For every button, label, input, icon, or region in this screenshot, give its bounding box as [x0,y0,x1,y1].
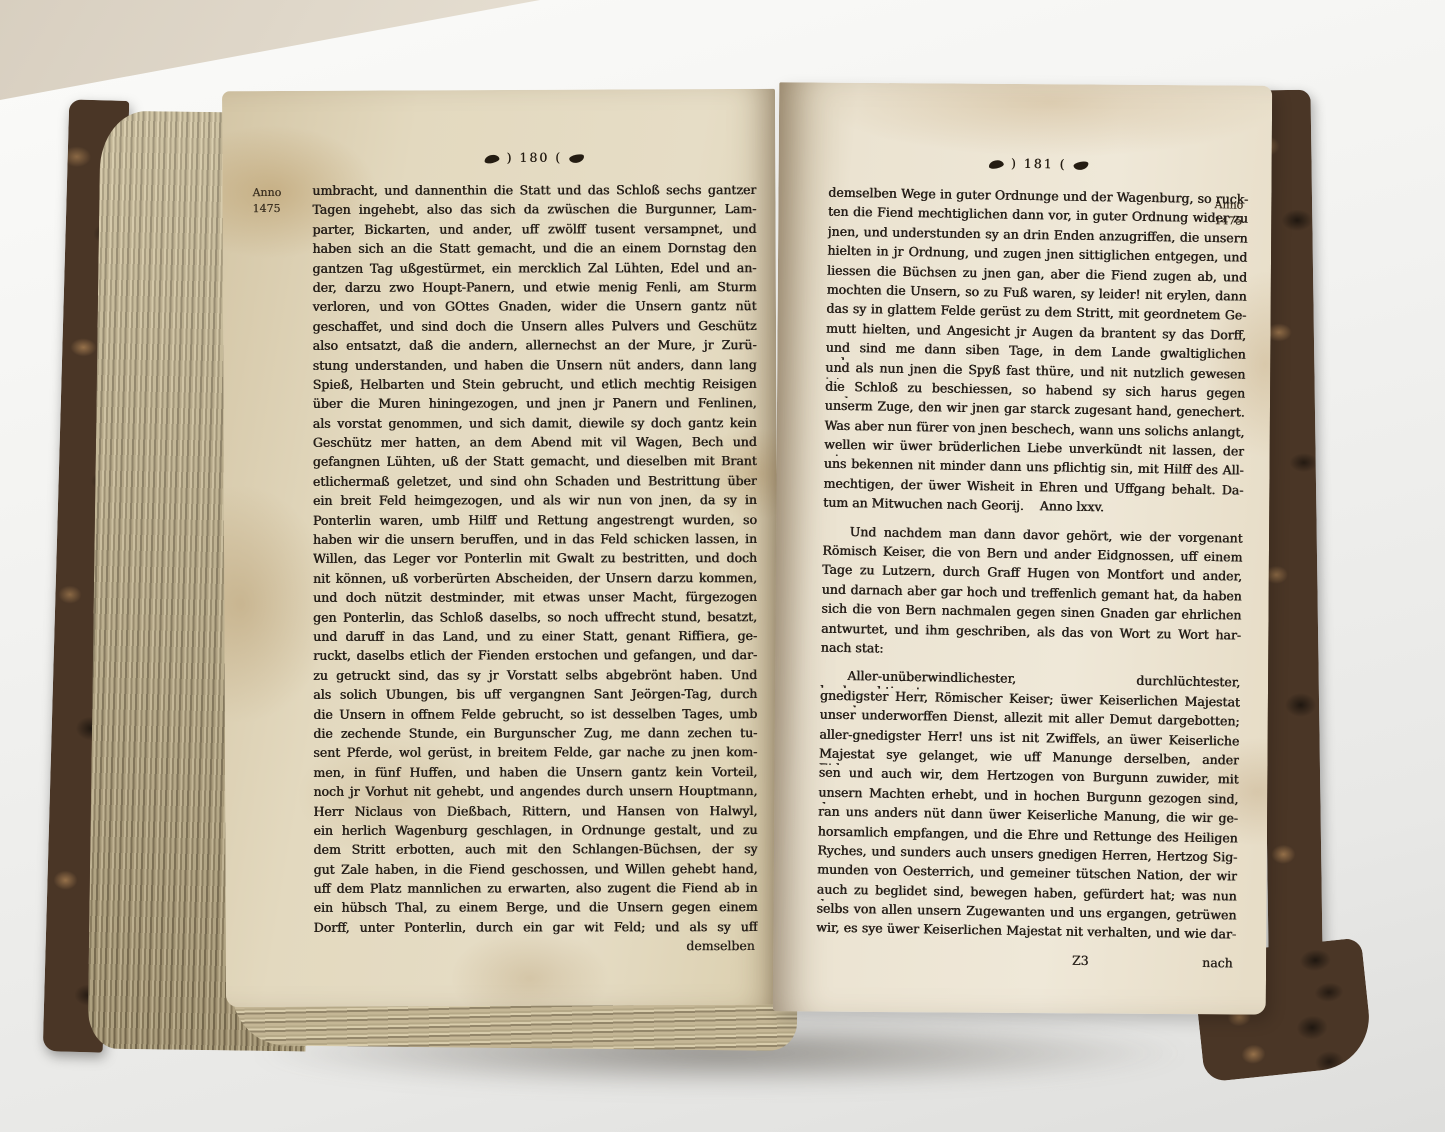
right-page-catchword: nach [1202,955,1233,971]
left-page: ) 180 ( Anno 1475 umbracht, und dannenth… [222,89,779,1007]
text-line: die zechende Stunde, ein Burgunscher Zug… [313,725,757,745]
right-page: ) 181 ( Anno 1475 demselben Wege in gute… [773,82,1272,1014]
left-page-header: ) 180 ( [312,149,756,166]
left-page-catchword: demselben [314,938,758,958]
text-line: parter, Bickarten, und ander, uff zwölff… [312,221,756,241]
text-line: Herr Niclaus von Dießbach, Rittern, und … [313,803,757,823]
text-line: uff dem Platz mannlichen zu erwarten, al… [314,880,758,900]
text-line: ruckt, daselbs etlich der Fienden erstoc… [313,647,757,667]
text-line: stung understanden, und haben die Unsern… [313,357,757,377]
text-line: die Unsern in offnem Felde gebrucht, so … [313,706,757,726]
text-line: gen Ponterlin, das Schloß daselbs, so no… [313,609,757,629]
right-page-text-block: demselben Wege in guter Ordnunge und der… [816,185,1249,976]
paragraph: demselben Wege in guter Ordnunge und der… [823,185,1248,522]
margin-note-word: Anno [252,185,281,201]
right-page-footer: Z3 nach [816,948,1236,975]
margin-note-year: 1475 [252,201,281,217]
left-page-text-block: umbracht, und dannenthin die Statt und d… [312,182,757,958]
text-line: Spieß, Helbarten und Stein gebrucht, und… [313,376,757,396]
fleuron-icon [988,159,1004,170]
text-line: und doch nützit destminder, mit etwas un… [313,589,757,609]
text-line: also entsatzt, daß die andern, allernech… [313,337,757,357]
text-line: Tagen ingehebt, also das sich da zwüsche… [312,201,756,221]
text-line: gefangnen Lühten, uß der Statt gemacht, … [313,454,757,474]
right-page-number: ) 181 ( [1011,156,1067,172]
fleuron-icon [568,153,584,164]
text-line: umbracht, und dannenthin die Statt und d… [312,182,756,202]
text-line: gut Zale haben, in die Fiend geschossen,… [314,861,758,881]
text-line: der, darzu zwo Houpt-Panern, und etwie m… [313,279,757,299]
text-line: Dorff, unter Ponterlin, durch ein gar wi… [314,919,758,939]
text-line: etlichermaß geletzet, und sind ohn Schad… [313,473,757,493]
signature-mark: Z3 [1072,953,1089,968]
left-page-number: ) 180 ( [506,150,562,165]
text-line: zu getruckt sind, das sy jr Vorstatt sel… [313,667,757,687]
text-line: gantzen Tag ußgestürmet, ein mercklich Z… [313,260,757,280]
text-line: und daruff in das Land, und zu einer Sta… [313,628,757,648]
tabletop-corner [0,0,540,100]
photo-open-antique-book: ) 180 ( Anno 1475 umbracht, und dannenth… [0,0,1445,1132]
text-line: noch jr Vorhut nit gehebt, und angendes … [313,783,757,803]
text-line: Geschütz mer hatten, an dem Abend mit vi… [313,434,757,454]
margin-note-anno-1475: Anno 1475 [252,185,281,217]
fleuron-icon [484,153,500,164]
fleuron-icon [1073,160,1089,171]
text-line: geschaffet, und sind doch die Unsern all… [313,318,757,338]
text-line: men, in fünf Huffen, und haben die Unser… [313,764,757,784]
text-line: haben sich an die Statt gemacht, und die… [313,240,757,260]
text-line: sent Pferde, wol gerüst, in breitem Feld… [313,744,757,764]
text-line: als vorstat genommen, und sich damit, di… [313,415,757,435]
text-line: nit können, uß vorberürten Abscheiden, d… [313,570,757,590]
text-line: ein herlich Wagenburg geschlagen, in Ord… [314,822,758,842]
text-line: ein hübsch Thal, zu einem Berge, und die… [314,899,758,919]
text-line: Willen, das Leger vor Ponterlin mit Gwal… [313,550,757,570]
paragraph: Aller-unüberwindlichester, durchlüchtest… [816,668,1240,946]
text-line: als solich Ubungen, bis uff vergangnen S… [313,686,757,706]
text-line: verloren, und von GOttes Gnaden, wider d… [313,298,757,318]
text-line: dem Stritt erbotten, auch mit den Schlan… [314,841,758,861]
left-page-body: umbracht, und dannenthin die Statt und d… [312,182,757,939]
text-line: haben wir die unsern beruffen, und in da… [313,531,757,551]
text-line: Ponterlin waren, umb Hilff und Rettung a… [313,512,757,532]
right-page-header: ) 181 ( [829,153,1249,175]
paragraph: Und nachdem man dann davor gehört, wie d… [821,523,1243,666]
text-line: über die Muren hiningezogen, und jnen jr… [313,395,757,415]
text-line: ein breit Feld heimgezogen, und als wir … [313,492,757,512]
